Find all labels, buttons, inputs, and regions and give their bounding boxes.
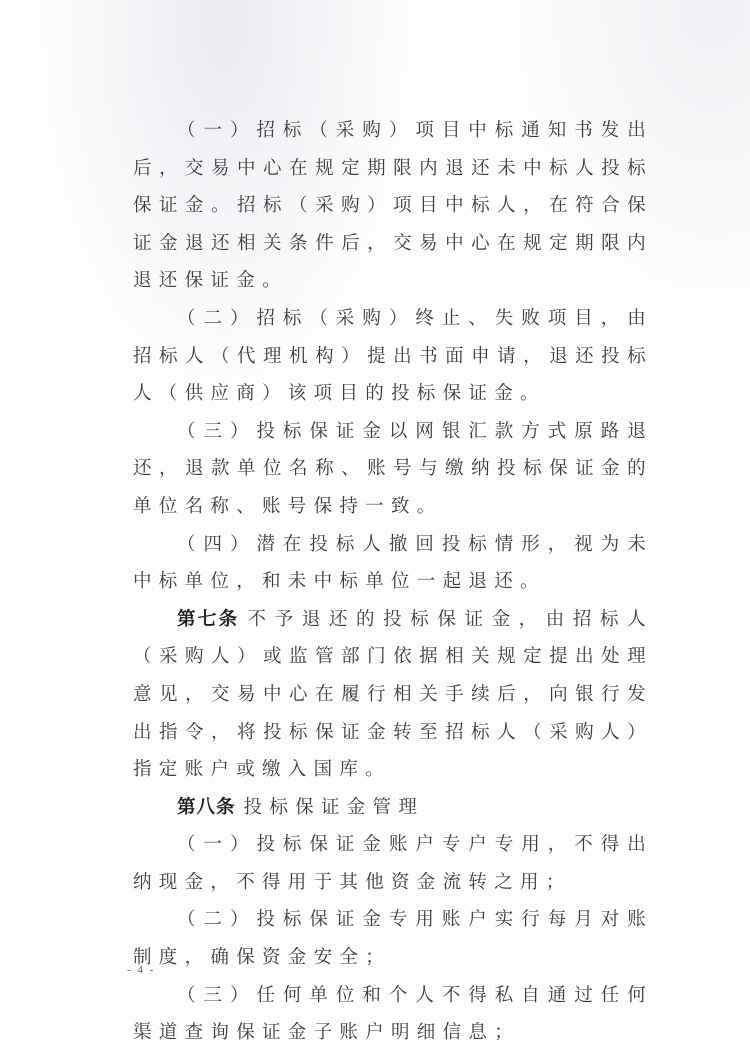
paragraph-return-method: （三）投标保证金以网银汇款方式原路退还，退款单位名称、账号与缴纳投标保证金的单位… [133, 413, 653, 526]
paragraph-text: （二）投标保证金专用账户实行每月对账制度，确保资金安全； [133, 909, 653, 968]
paragraph-text: （三）任何单位和个人不得私自通过任何渠道查询保证金子账户明细信息； [133, 985, 653, 1044]
article-8: 第八条投标保证金管理 [133, 789, 653, 827]
paragraph-text: （一）投标保证金账户专户专用，不得出纳现金，不得用于其他资金流转之用； [133, 834, 653, 893]
page-number: - 4 - [127, 964, 155, 976]
paragraph-return-winning-notice: （一）招标（采购）项目中标通知书发出后，交易中心在规定期限内退还未中标人投标保证… [133, 112, 653, 300]
paragraph-text: （四）潜在投标人撤回投标情形，视为未中标单位，和未中标单位一起退还。 [133, 534, 653, 593]
paragraph-no-private-query: （三）任何单位和个人不得私自通过任何渠道查询保证金子账户明细信息； [133, 977, 653, 1052]
article-7: 第七条不予退还的投标保证金，由招标人（采购人）或监管部门依据相关规定提出处理意见… [133, 601, 653, 789]
paragraph-withdrawn-bidder: （四）潜在投标人撤回投标情形，视为未中标单位，和未中标单位一起退还。 [133, 526, 653, 601]
article-heading: 第七条 [177, 609, 239, 630]
paragraph-text: （二）招标（采购）终止、失败项目，由招标人（代理机构）提出书面申请，退还投标人（… [133, 308, 653, 404]
article-heading: 第八条 [177, 797, 236, 818]
paragraph-dedicated-account: （一）投标保证金账户专户专用，不得出纳现金，不得用于其他资金流转之用； [133, 826, 653, 901]
paragraph-text: （三）投标保证金以网银汇款方式原路退还，退款单位名称、账号与缴纳投标保证金的单位… [133, 421, 653, 517]
paragraph-text: （一）招标（采购）项目中标通知书发出后，交易中心在规定期限内退还未中标人投标保证… [133, 120, 653, 291]
article-text: 投标保证金管理 [244, 797, 425, 818]
document-body: （一）招标（采购）项目中标通知书发出后，交易中心在规定期限内退还未中标人投标保证… [133, 112, 653, 1052]
document-page: （一）招标（采购）项目中标通知书发出后，交易中心在规定期限内退还未中标人投标保证… [0, 0, 750, 1061]
paragraph-return-terminated-project: （二）招标（采购）终止、失败项目，由招标人（代理机构）提出书面申请，退还投标人（… [133, 300, 653, 413]
article-text: 不予退还的投标保证金，由招标人（采购人）或监管部门依据相关规定提出处理意见，交易… [133, 609, 653, 780]
paragraph-monthly-reconciliation: （二）投标保证金专用账户实行每月对账制度，确保资金安全； [133, 901, 653, 976]
